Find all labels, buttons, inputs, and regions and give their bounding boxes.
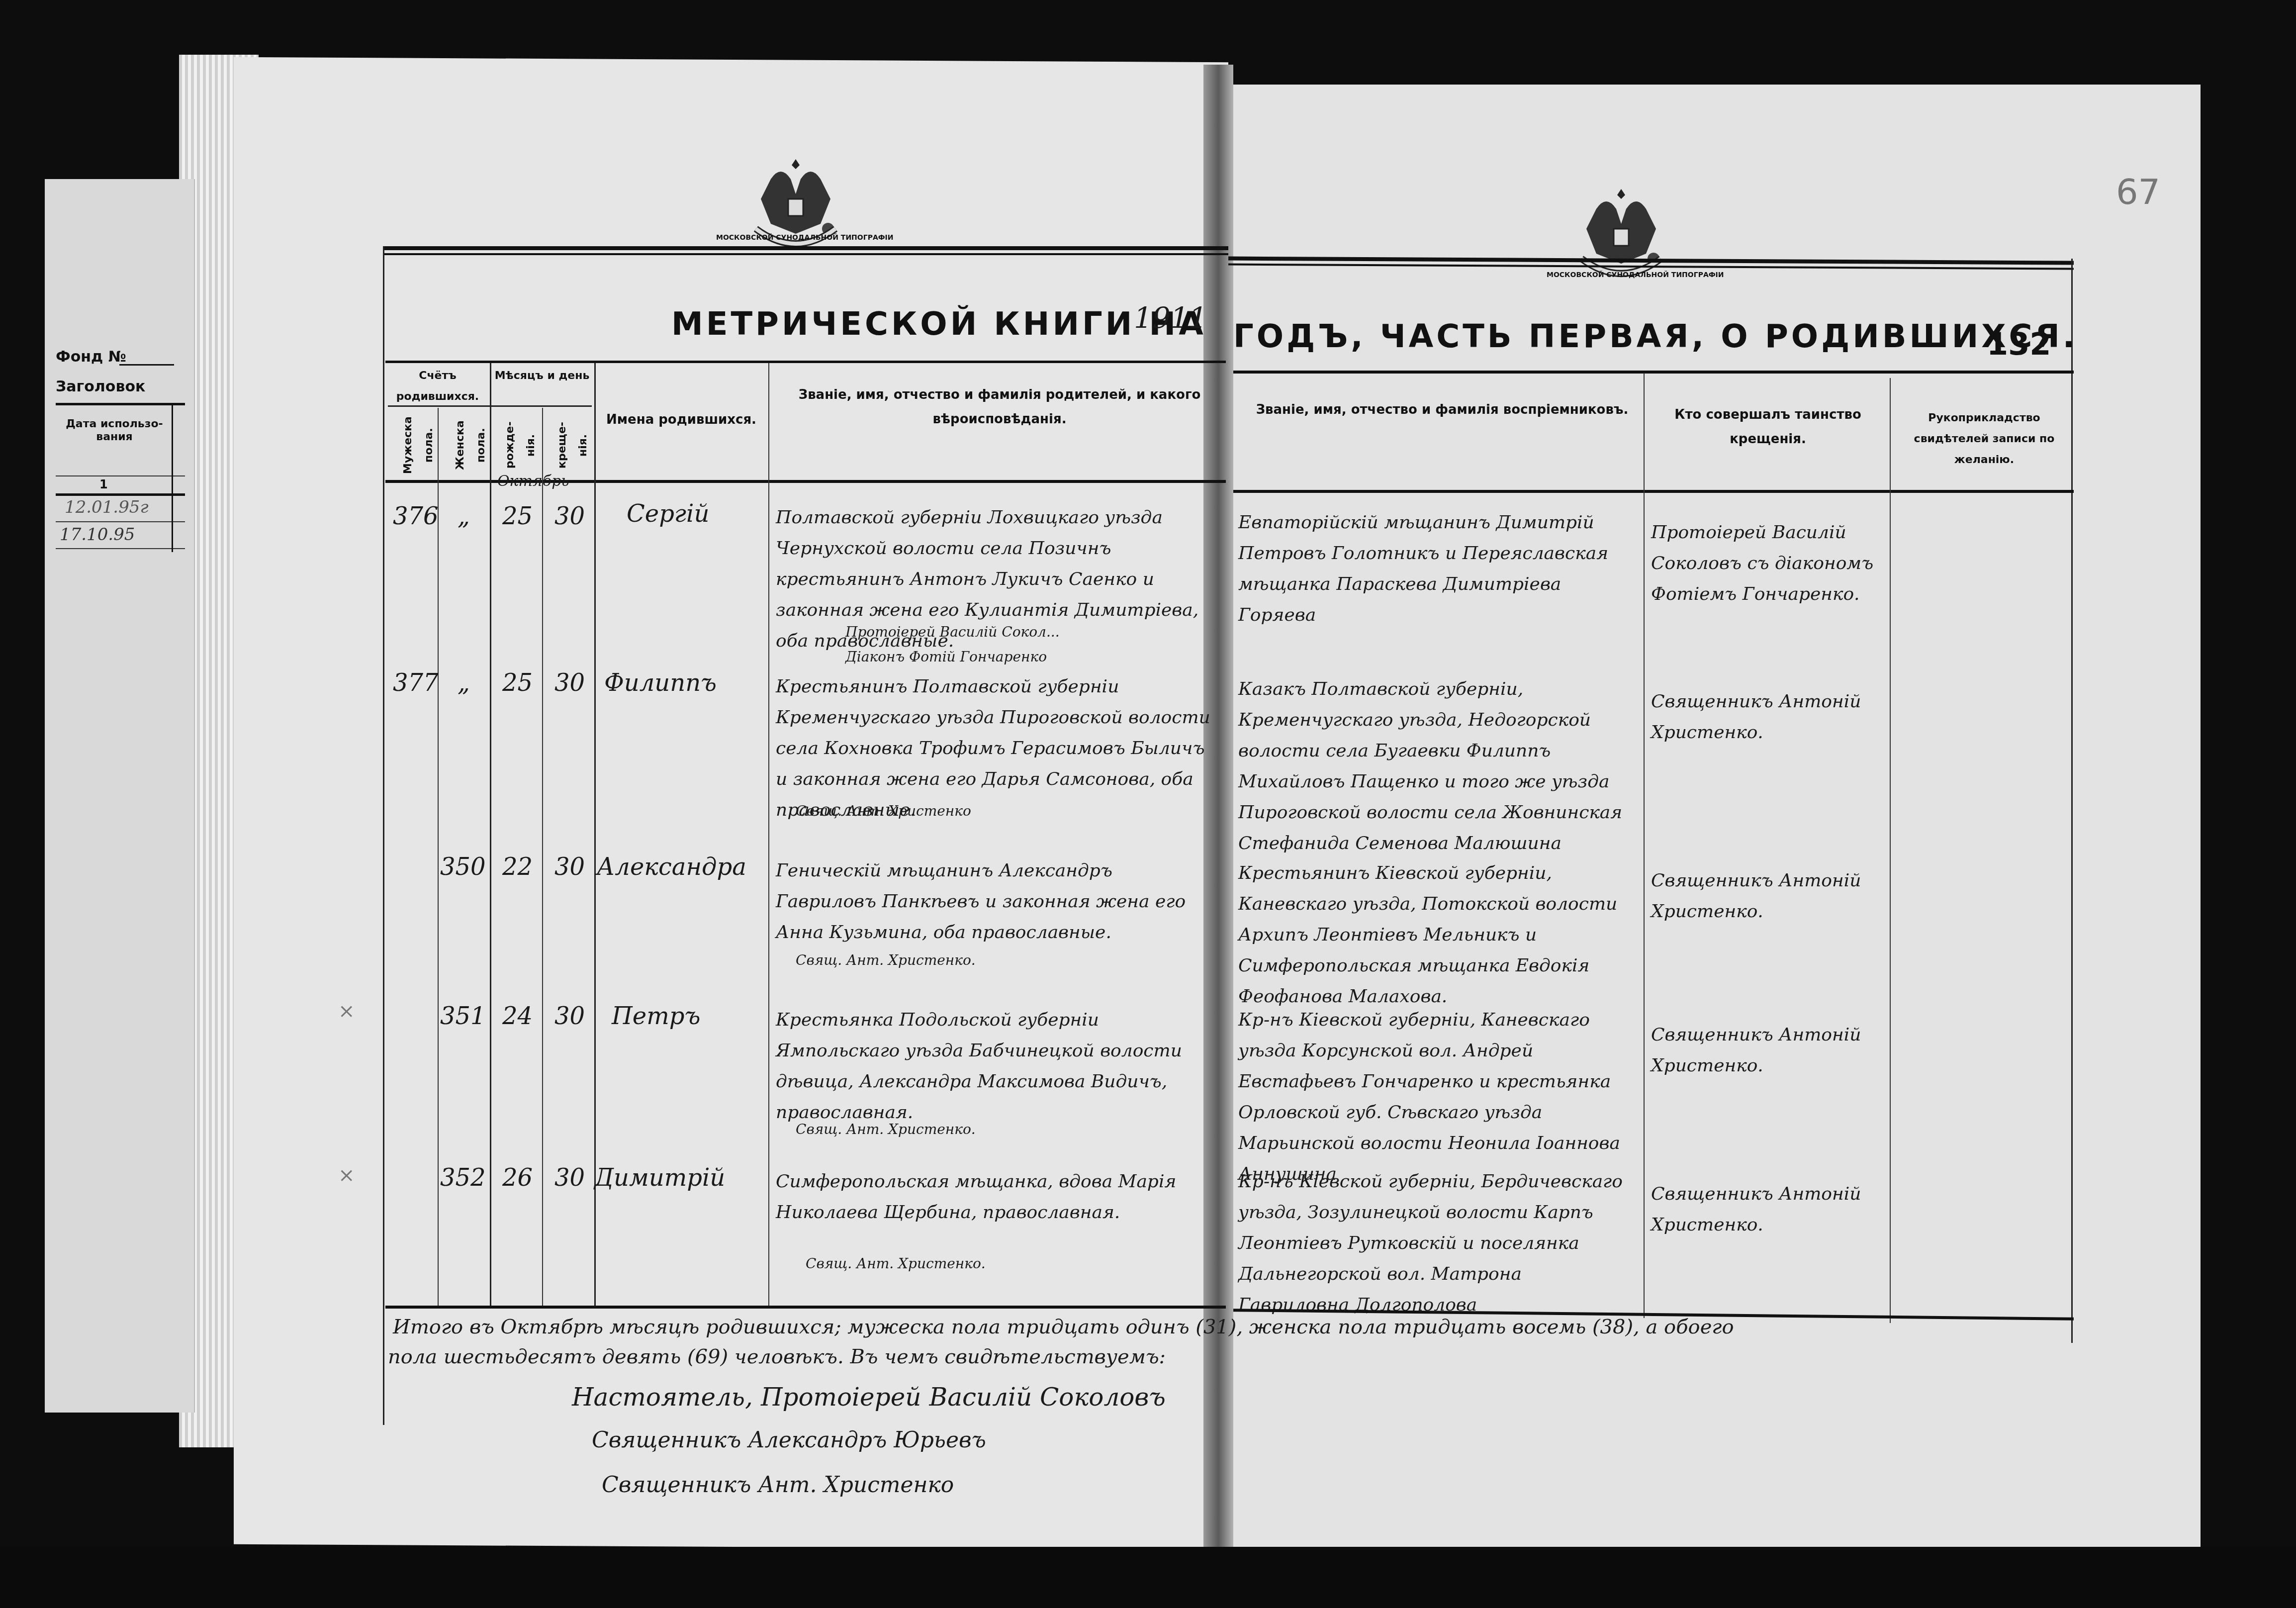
top-border-left: [383, 246, 1228, 255]
page-number: 132: [1987, 326, 2051, 362]
header-names: Имена родившихся.: [597, 408, 766, 432]
baptism-day: 30: [554, 1002, 585, 1030]
performed-by-entry: Священникъ Антоній Христенко.: [1651, 1179, 1885, 1240]
fond-label: Фонд №: [56, 348, 126, 366]
female-number: „: [458, 669, 470, 697]
book-title-left: МЕТРИЧЕСКОЙ КНИГИ НА: [671, 306, 1206, 343]
slip-divider: [56, 548, 185, 549]
slip-divider: [56, 493, 185, 496]
header-count-group: Счётъ родившихся.: [388, 366, 487, 407]
signature-priest-2: Священникъ Ант. Христенко: [602, 1472, 954, 1498]
birth-day: 26: [502, 1164, 533, 1192]
performed-by-entry: Священникъ Антоній Христенко.: [1651, 865, 1885, 927]
monthly-summary-line-2: пола шестьдесятъ девять (69) человѣкъ. В…: [388, 1343, 2069, 1371]
godparents-entry: Евпаторійскій мѣщанинъ Димитрій Петровъ …: [1238, 507, 1636, 631]
female-number: 351: [440, 1002, 486, 1030]
column-rule: [1890, 378, 1891, 1323]
header-performed-by: Кто совершалъ таинство крещенія.: [1651, 403, 1885, 452]
godparents-entry: Казакъ Полтавской губерніи, Кременчугска…: [1238, 674, 1636, 859]
usage-date-header: Дата использо-вания: [65, 418, 164, 444]
scan-background: [0, 1547, 2296, 1608]
male-number: 376: [393, 502, 439, 530]
birth-day: 22: [502, 853, 533, 881]
header-parents: Званіе, имя, отчество и фамилія родителе…: [776, 383, 1223, 432]
child-name: Филиппъ: [604, 669, 717, 697]
margin-mark: ×: [338, 1000, 355, 1023]
printer-ribbon-left: МОСКОВСКОЙ СУНОДАЛЬНОЙ ТИПОГРАФIИ: [716, 234, 894, 242]
performed-by-entry: Священникъ Антоній Христенко.: [1651, 1020, 1885, 1081]
header-subdivider: [388, 405, 592, 407]
column-rule: [438, 408, 439, 1308]
female-number: „: [458, 502, 470, 530]
godparents-entry: Крестьянинъ Кіевской губерніи, Каневскаг…: [1238, 858, 1636, 1012]
baptism-day: 30: [554, 853, 585, 881]
header-bottom-rule: [1233, 490, 2074, 493]
table-bottom-rule: [385, 1306, 1226, 1309]
baptism-day: 30: [554, 502, 585, 530]
header-top-rule: [1233, 371, 2074, 374]
birth-day: 25: [502, 669, 533, 697]
header-godparents: Званіе, имя, отчество и фамилія воспріем…: [1253, 398, 1631, 422]
birth-day: 25: [502, 502, 533, 530]
fond-blank-line: [119, 364, 174, 366]
child-name: Александра: [597, 853, 746, 881]
left-frame-rule: [383, 246, 384, 1425]
slip-divider: [56, 521, 185, 522]
double-headed-eagle-icon: [1566, 179, 1676, 284]
parents-signature: Свящ. Ант. Христенко.: [796, 1114, 976, 1145]
usage-date-2: 17.10.95: [60, 525, 135, 545]
parents-entry: Крестьянка Подольской губерніи Ямпольска…: [776, 1005, 1218, 1128]
header-date-group: Мѣсяцъ и день: [492, 366, 592, 386]
birth-day: 24: [502, 1002, 533, 1030]
monthly-summary-line-1: Итого въ Октябрѣ мѣсяцѣ родившихся; муже…: [393, 1313, 2074, 1341]
child-name: Димитрій: [594, 1164, 725, 1192]
parents-entry: Симферопольская мѣщанка, вдова Марія Ник…: [776, 1166, 1218, 1228]
imperial-eagle-emblem-right: [1566, 179, 1676, 285]
child-name: Сергій: [627, 500, 709, 528]
heading-label: Заголовок: [56, 378, 145, 395]
column-rule: [542, 408, 543, 1308]
year-handwritten: 1911: [1134, 301, 1207, 335]
header-date-birth: рожде-нія.: [500, 413, 542, 477]
slip-divider: [56, 475, 185, 476]
female-number: 352: [440, 1164, 486, 1192]
male-number: 377: [393, 669, 439, 697]
parents-entry: Геническій мѣщанинъ Александръ Гавриловъ…: [776, 855, 1218, 948]
header-count-male: Мужеска пола.: [398, 413, 440, 477]
female-number: 350: [440, 853, 486, 881]
slip-vertical-rule: [172, 403, 173, 552]
margin-mark: ×: [338, 1164, 355, 1187]
parents-signature: Свящ. Ант. Христенко.: [806, 1248, 986, 1279]
column-rule: [490, 363, 491, 1308]
month-note: Октябрь: [497, 473, 569, 490]
child-name: Петръ: [612, 1002, 701, 1030]
book-title-right: ГОДЪ, ЧАСТЬ ПЕРВАЯ, О РОДИВШИХСЯ.: [1233, 318, 2078, 355]
performed-by-entry: Священникъ Антоній Христенко.: [1651, 686, 1885, 748]
column-rule: [1644, 373, 1645, 1318]
column-number: 1: [99, 477, 108, 491]
signature-rector: Настоятель, Протоіерей Василій Соколовъ: [572, 1383, 1166, 1412]
baptism-day: 30: [554, 669, 585, 697]
slip-divider: [56, 403, 185, 405]
column-rule: [768, 363, 769, 1308]
parents-signature: Свящ. Ант. Христенко.: [796, 945, 976, 976]
header-witness-signatures: Рукоприкладство свидѣтелей записи по жел…: [1895, 408, 2074, 470]
baptism-day: 30: [554, 1164, 585, 1192]
godparents-entry: Кр-нъ Кіевской губерніи, Бердичевскаго у…: [1238, 1166, 1636, 1321]
printer-ribbon-right: МОСКОВСКОЙ СУНОДАЛЬНОЙ ТИПОГРАФIИ: [1547, 271, 1724, 279]
usage-date-1: 12.01.95г: [65, 497, 149, 517]
parents-signature: Свящ. Ант. Христенко: [796, 796, 971, 827]
header-top-rule: [385, 361, 1226, 363]
godparents-entry: Кр-нъ Кіевской губерніи, Каневскаго уѣзд…: [1238, 1005, 1636, 1190]
header-date-baptism: креще-нія.: [552, 413, 594, 477]
parents-signature: Діаконъ Фотій Гончаренко: [845, 642, 1047, 672]
archive-folio-number: 67: [2116, 172, 2160, 212]
header-count-female: Женска пола.: [450, 413, 492, 477]
performed-by-entry: Протоіерей Василій Соколовъ съ діакономъ…: [1651, 517, 1885, 610]
signature-priest-1: Священникъ Александръ Юрьевъ: [592, 1427, 986, 1453]
archive-usage-slip: Фонд № Заголовок Дата использо-вания 1 1…: [45, 179, 195, 1413]
